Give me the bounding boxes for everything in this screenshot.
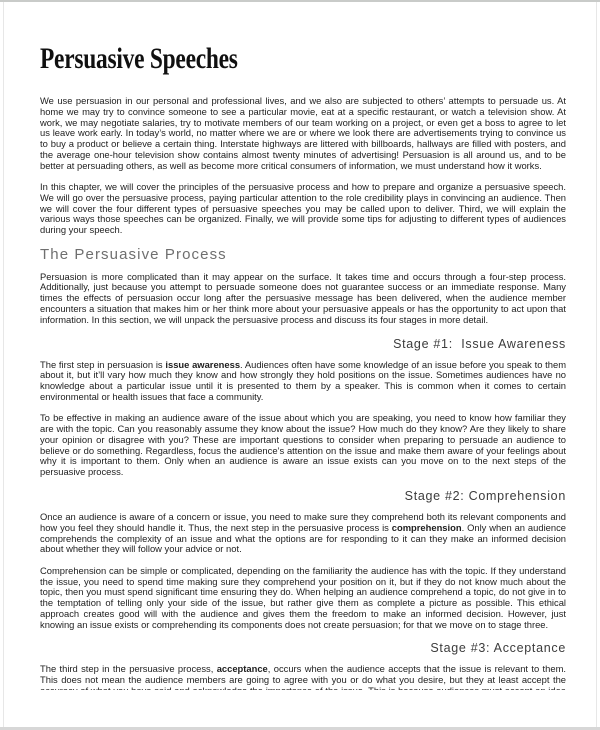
text-run: To be effective in making an audience aw…	[40, 412, 566, 477]
stage-3-heading: Stage #3: Acceptance	[40, 641, 566, 655]
key-term: acceptance	[217, 664, 268, 674]
text-run: We use persuasion in our personal and pr…	[40, 95, 566, 171]
intro-paragraph-2: In this chapter, we will cover the princ…	[40, 182, 566, 236]
stage-2-paragraph-1: Once an audience is aware of a concern o…	[40, 512, 566, 555]
stage-2-paragraph-2: Comprehension can be simple or complicat…	[40, 566, 566, 631]
stage-1-heading: Stage #1: Issue Awareness	[40, 337, 566, 351]
text-run: The first step in persuasion is	[40, 359, 165, 370]
text-run: In this chapter, we will cover the princ…	[40, 181, 566, 235]
key-term: comprehension	[392, 522, 462, 533]
document-title: Persuasive Speeches	[40, 46, 450, 72]
stage-1-paragraph-2: To be effective in making an audience aw…	[40, 413, 566, 478]
document-content: Persuasive SpeechesWe use persuasion in …	[40, 46, 566, 690]
text-run: The third step in the persuasive process…	[40, 664, 217, 674]
text-run: Comprehension can be simple or complicat…	[40, 565, 566, 630]
stage-3-paragraph-1: The third step in the persuasive process…	[40, 664, 566, 690]
document-page: Persuasive SpeechesWe use persuasion in …	[3, 2, 597, 727]
key-term: issue awareness	[165, 359, 240, 370]
text-run: Persuasion is more complicated than it m…	[40, 271, 566, 325]
intro-paragraph-1: We use persuasion in our personal and pr…	[40, 96, 566, 172]
stage-1-paragraph-1: The first step in persuasion is issue aw…	[40, 360, 566, 403]
screenshot-frame: Persuasive SpeechesWe use persuasion in …	[0, 0, 600, 730]
stage-2-heading: Stage #2: Comprehension	[40, 489, 566, 503]
process-intro-paragraph: Persuasion is more complicated than it m…	[40, 272, 566, 326]
section-heading-persuasive-process: The Persuasive Process	[40, 247, 566, 263]
